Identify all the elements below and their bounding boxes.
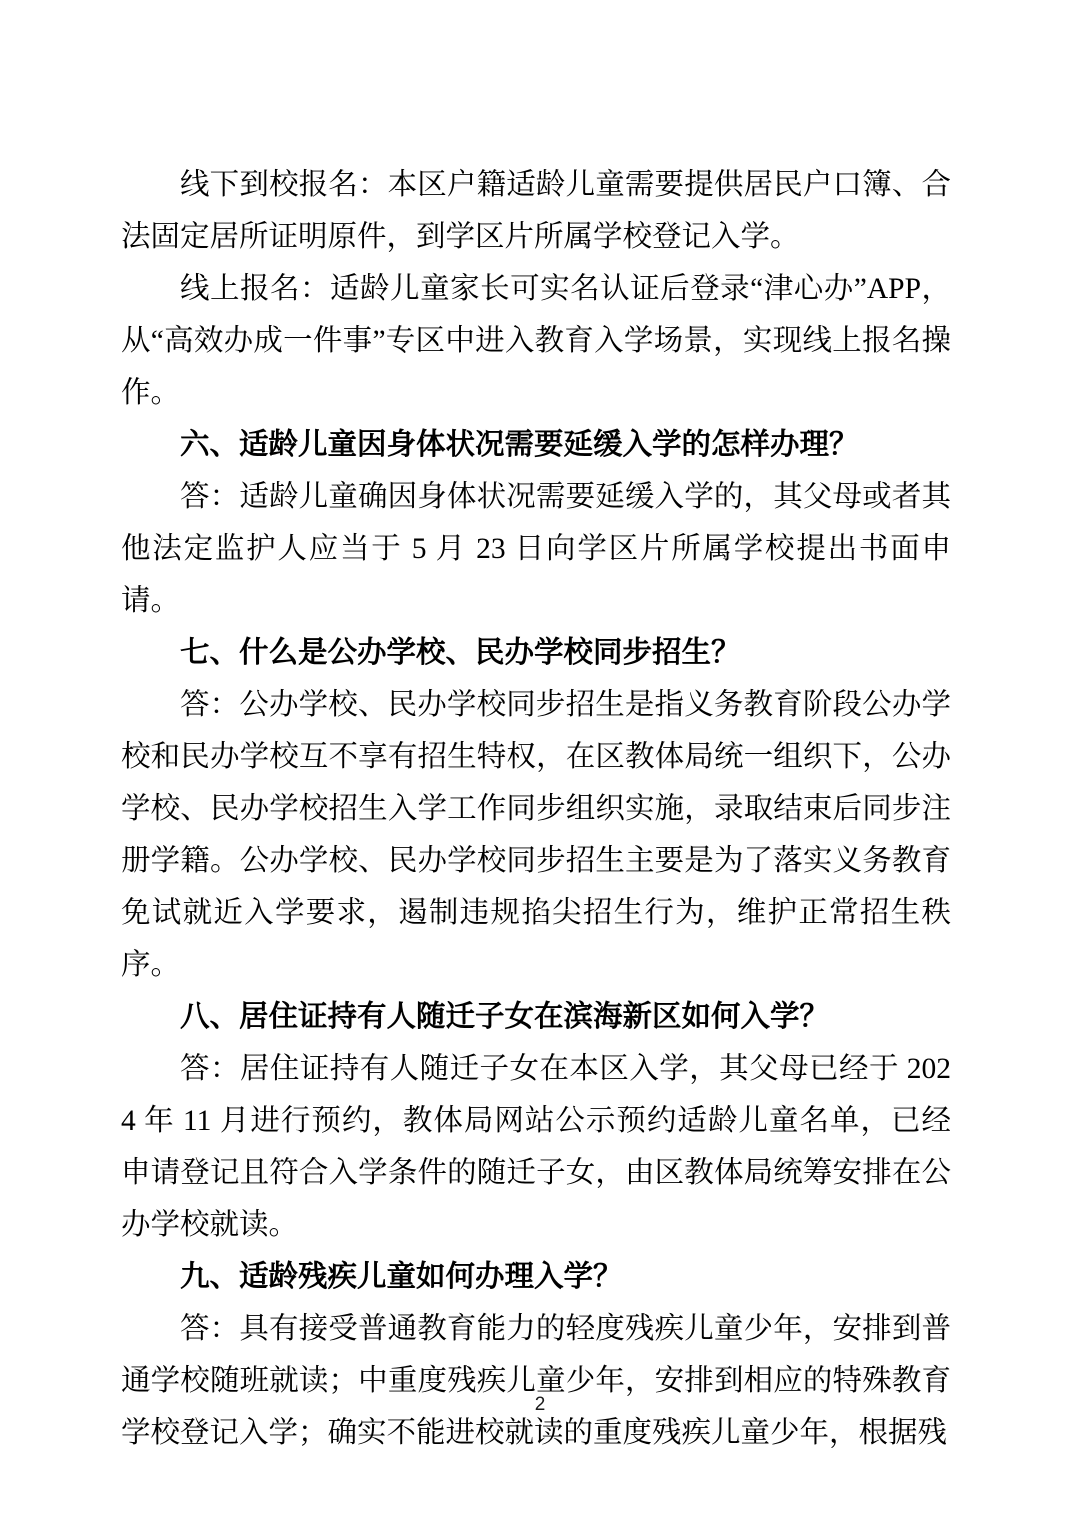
page-number: 2 xyxy=(0,1392,1080,1418)
document-page: 线下到校报名：本区户籍适龄儿童需要提供居民户口簿、合法固定居所证明原件，到学区片… xyxy=(0,0,1080,1527)
question-heading-8: 八、居住证持有人随迁子女在滨海新区如何入学？ xyxy=(121,991,951,1043)
document-body: 线下到校报名：本区户籍适龄儿童需要提供居民户口簿、合法固定居所证明原件，到学区片… xyxy=(121,159,951,1459)
answer-paragraph-7: 答：公办学校、民办学校同步招生是指义务教育阶段公办学校和民办学校互不享有招生特权… xyxy=(121,679,951,991)
paragraph-online-registration: 线上报名：适龄儿童家长可实名认证后登录“津心办”APP，从“高效办成一件事”专区… xyxy=(121,263,951,419)
answer-paragraph-9: 答：具有接受普通教育能力的轻度残疾儿童少年，安排到普通学校随班就读；中重度残疾儿… xyxy=(121,1303,951,1459)
question-heading-6: 六、适龄儿童因身体状况需要延缓入学的怎样办理？ xyxy=(121,419,951,471)
answer-paragraph-8: 答：居住证持有人随迁子女在本区入学，其父母已经于 2024 年 11 月进行预约… xyxy=(121,1043,951,1251)
answer-paragraph-6: 答：适龄儿童确因身体状况需要延缓入学的，其父母或者其他法定监护人应当于 5 月 … xyxy=(121,471,951,627)
question-heading-7: 七、什么是公办学校、民办学校同步招生？ xyxy=(121,627,951,679)
question-heading-9: 九、适龄残疾儿童如何办理入学？ xyxy=(121,1251,951,1303)
paragraph-offline-registration: 线下到校报名：本区户籍适龄儿童需要提供居民户口簿、合法固定居所证明原件，到学区片… xyxy=(121,159,951,263)
